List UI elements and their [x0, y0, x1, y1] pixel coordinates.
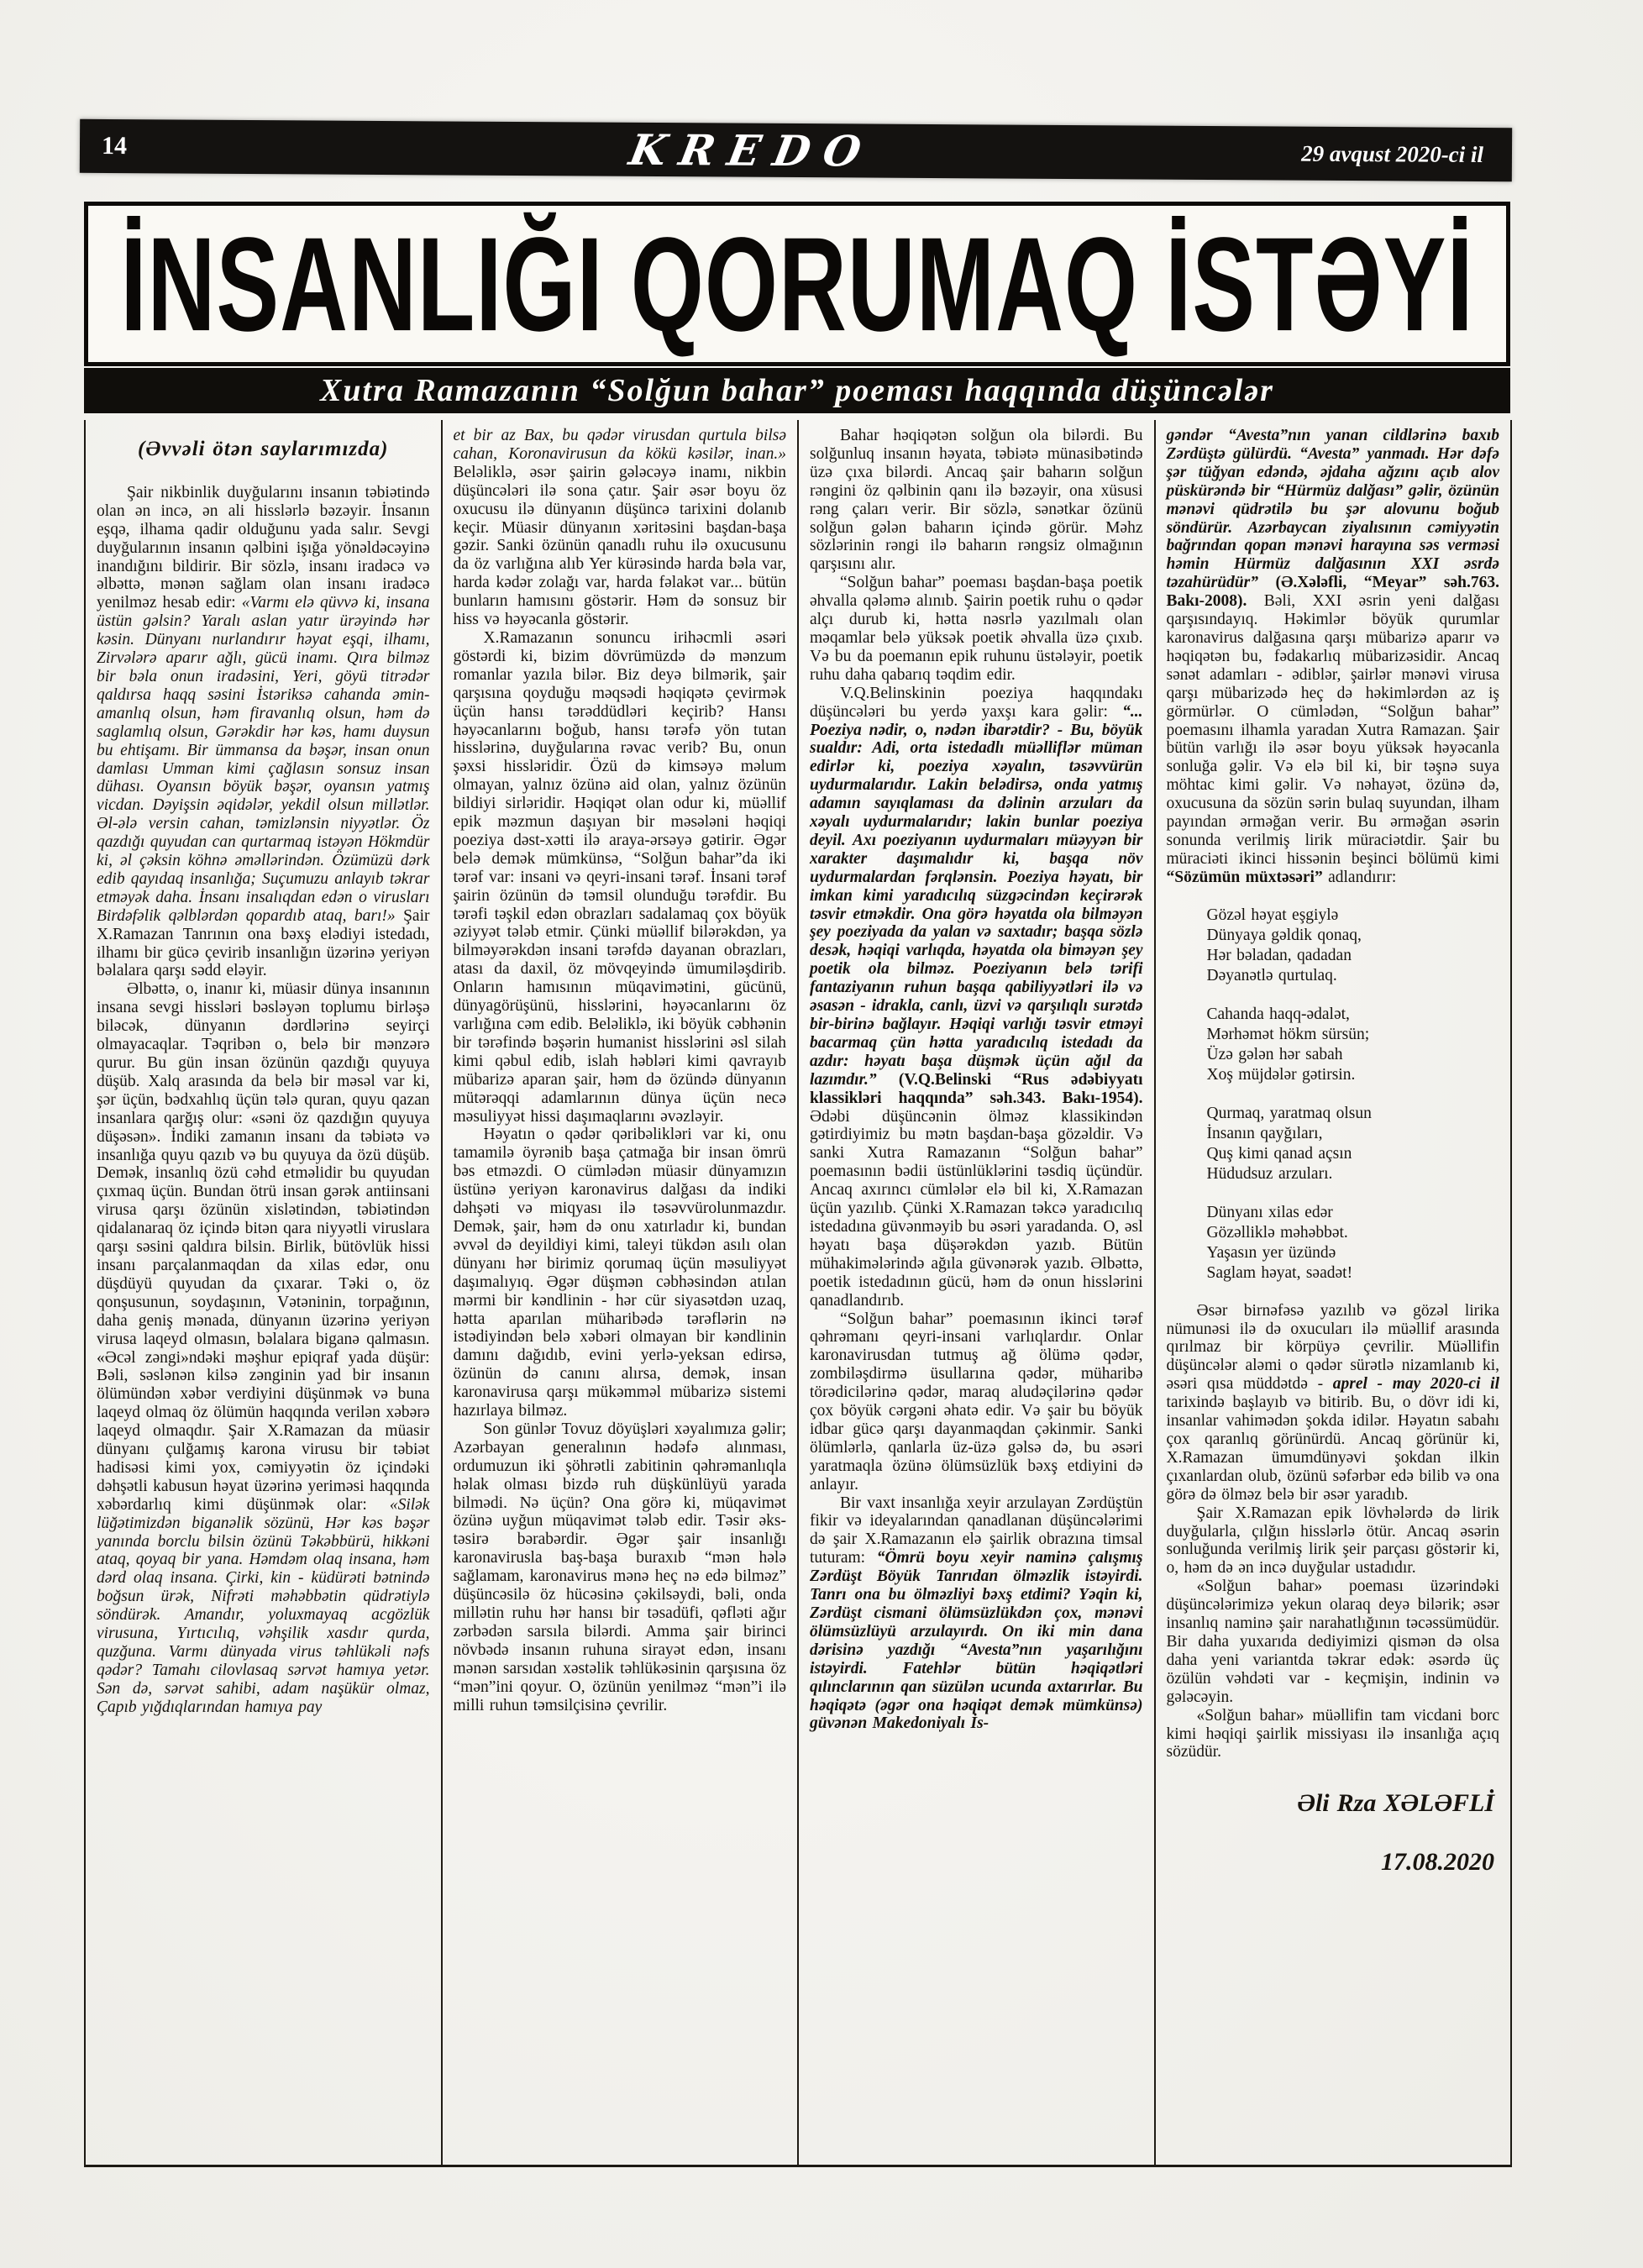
article-paragraph: Şair nikbinlik duyğularını insanın təbiə… — [97, 484, 430, 980]
article-paragraph: «Solğun bahar» müəllifin tam vicdani bor… — [1167, 1707, 1500, 1762]
masthead-bar: 14 KREDO 29 avqust 2020-ci il — [80, 119, 1512, 181]
headline: İNSANLIĞI QORUMAQ İSTƏYİ — [120, 207, 1473, 360]
continuation-note: (Əvvəli ötən saylarımızda) — [97, 440, 430, 459]
poem-line: Gözəl həyat eşgiylə — [1207, 906, 1500, 926]
article-column-1: (Əvvəli ötən saylarımızda)Şair nikbinlik… — [86, 420, 443, 2165]
newspaper-title: KREDO — [198, 122, 1306, 178]
article-paragraph: gəndər “Avesta”nın yanan cildlərinə baxı… — [1167, 427, 1500, 887]
poem-line: Mərhəmət hökm sürsün; — [1207, 1025, 1500, 1045]
article-body: (Əvvəli ötən saylarımızda)Şair nikbinlik… — [84, 420, 1512, 2167]
author-signature: Əli Rza XƏLƏFLİ — [1167, 1787, 1500, 1820]
article-paragraph: Bir vaxt insanlığa xeyir arzulayan Zərdü… — [810, 1494, 1143, 1734]
poem-line: Yaşasın yer üzündə — [1207, 1243, 1500, 1263]
poem-line: Gözəlliklə məhəbbət. — [1207, 1223, 1500, 1243]
poem-line: Hüdudsuz arzuları. — [1207, 1164, 1500, 1184]
poem-line: Cahanda haqq-ədalət, — [1207, 1005, 1500, 1025]
poem-line: Xoş müjdələr gətirsin. — [1207, 1065, 1500, 1085]
issue-date: 29 avqust 2020-ci il — [1301, 140, 1512, 168]
subheadline-bar: Xutra Ramazanın “Solğun bahar” poeması h… — [84, 368, 1510, 413]
article-paragraph: Bahar həqiqətən solğun ola bilərdi. Bu s… — [810, 427, 1143, 574]
article-column-2: et bir az Bax, bu qədər virusdan qurtula… — [443, 420, 800, 2165]
poem-stanza: Dünyanı xilas edərGözəlliklə məhəbbət.Ya… — [1167, 1203, 1500, 1284]
page-number: 14 — [80, 132, 202, 161]
poem-stanza: Cahanda haqq-ədalət,Mərhəmət hökm sürsün… — [1167, 1005, 1500, 1085]
subheadline: Xutra Ramazanın “Solğun bahar” poeması h… — [320, 372, 1274, 409]
poem-line: Hər bəladan, qadadan — [1207, 946, 1500, 966]
article-column-3: Bahar həqiqətən solğun ola bilərdi. Bu s… — [799, 420, 1156, 2165]
article-paragraph: “Solğun bahar” poeması başdan-başa poeti… — [810, 574, 1143, 684]
article-paragraph: «Solğun bahar» poeması üzərindəki düşünc… — [1167, 1578, 1500, 1706]
poem-line: Qurmaq, yaratmaq olsun — [1207, 1104, 1500, 1124]
poem-line: Üzə gələn hər sabah — [1207, 1045, 1500, 1065]
poem-line: Quş kimi qanad açsın — [1207, 1144, 1500, 1164]
article-column-4: gəndər “Avesta”nın yanan cildlərinə baxı… — [1156, 420, 1511, 2165]
poem-line: Dəyanətlə qurtulaq. — [1207, 966, 1500, 986]
poem-stanza: Qurmaq, yaratmaq olsunİnsanın qayğıları,… — [1167, 1104, 1500, 1184]
poem-line: Dünyanı xilas edər — [1207, 1203, 1500, 1223]
article-paragraph: V.Q.Belinskinin poeziya haqqındakı düşün… — [810, 685, 1143, 1310]
article-paragraph: Əsər birnəfəsə yazılıb və gözəl lirika n… — [1167, 1302, 1500, 1504]
poem-line: Saglam həyat, səadət! — [1207, 1263, 1500, 1284]
signature-date: 17.08.2020 — [1167, 1845, 1500, 1879]
headline-box: İNSANLIĞI QORUMAQ İSTƏYİ — [84, 202, 1510, 366]
article-paragraph: Həyatın o qədər qəribəlikləri var ki, on… — [454, 1126, 787, 1420]
poem-line: Dünyaya gəldik qonaq, — [1207, 926, 1500, 946]
poem-line: İnsanın qayğıları, — [1207, 1124, 1500, 1144]
newspaper-page: { "masthead": { "page_number": "14", "ti… — [0, 0, 1643, 2268]
poem-stanza: Gözəl həyat eşgiyləDünyaya gəldik qonaq,… — [1167, 906, 1500, 986]
article-paragraph: et bir az Bax, bu qədər virusdan qurtula… — [454, 427, 787, 629]
article-paragraph: X.Ramazanın sonuncu irihəcmli əsəri göst… — [454, 629, 787, 1126]
article-paragraph: Əlbəttə, o, inanır ki, müasir dünya insa… — [97, 980, 430, 1716]
article-paragraph: “Solğun bahar” poemasının ikinci tərəf q… — [810, 1310, 1143, 1494]
article-paragraph: Şair X.Ramazan epik lövhələrdə də lirik … — [1167, 1504, 1500, 1578]
article-paragraph: Son günlər Tovuz döyüşləri xəyalımıza gə… — [454, 1420, 787, 1715]
